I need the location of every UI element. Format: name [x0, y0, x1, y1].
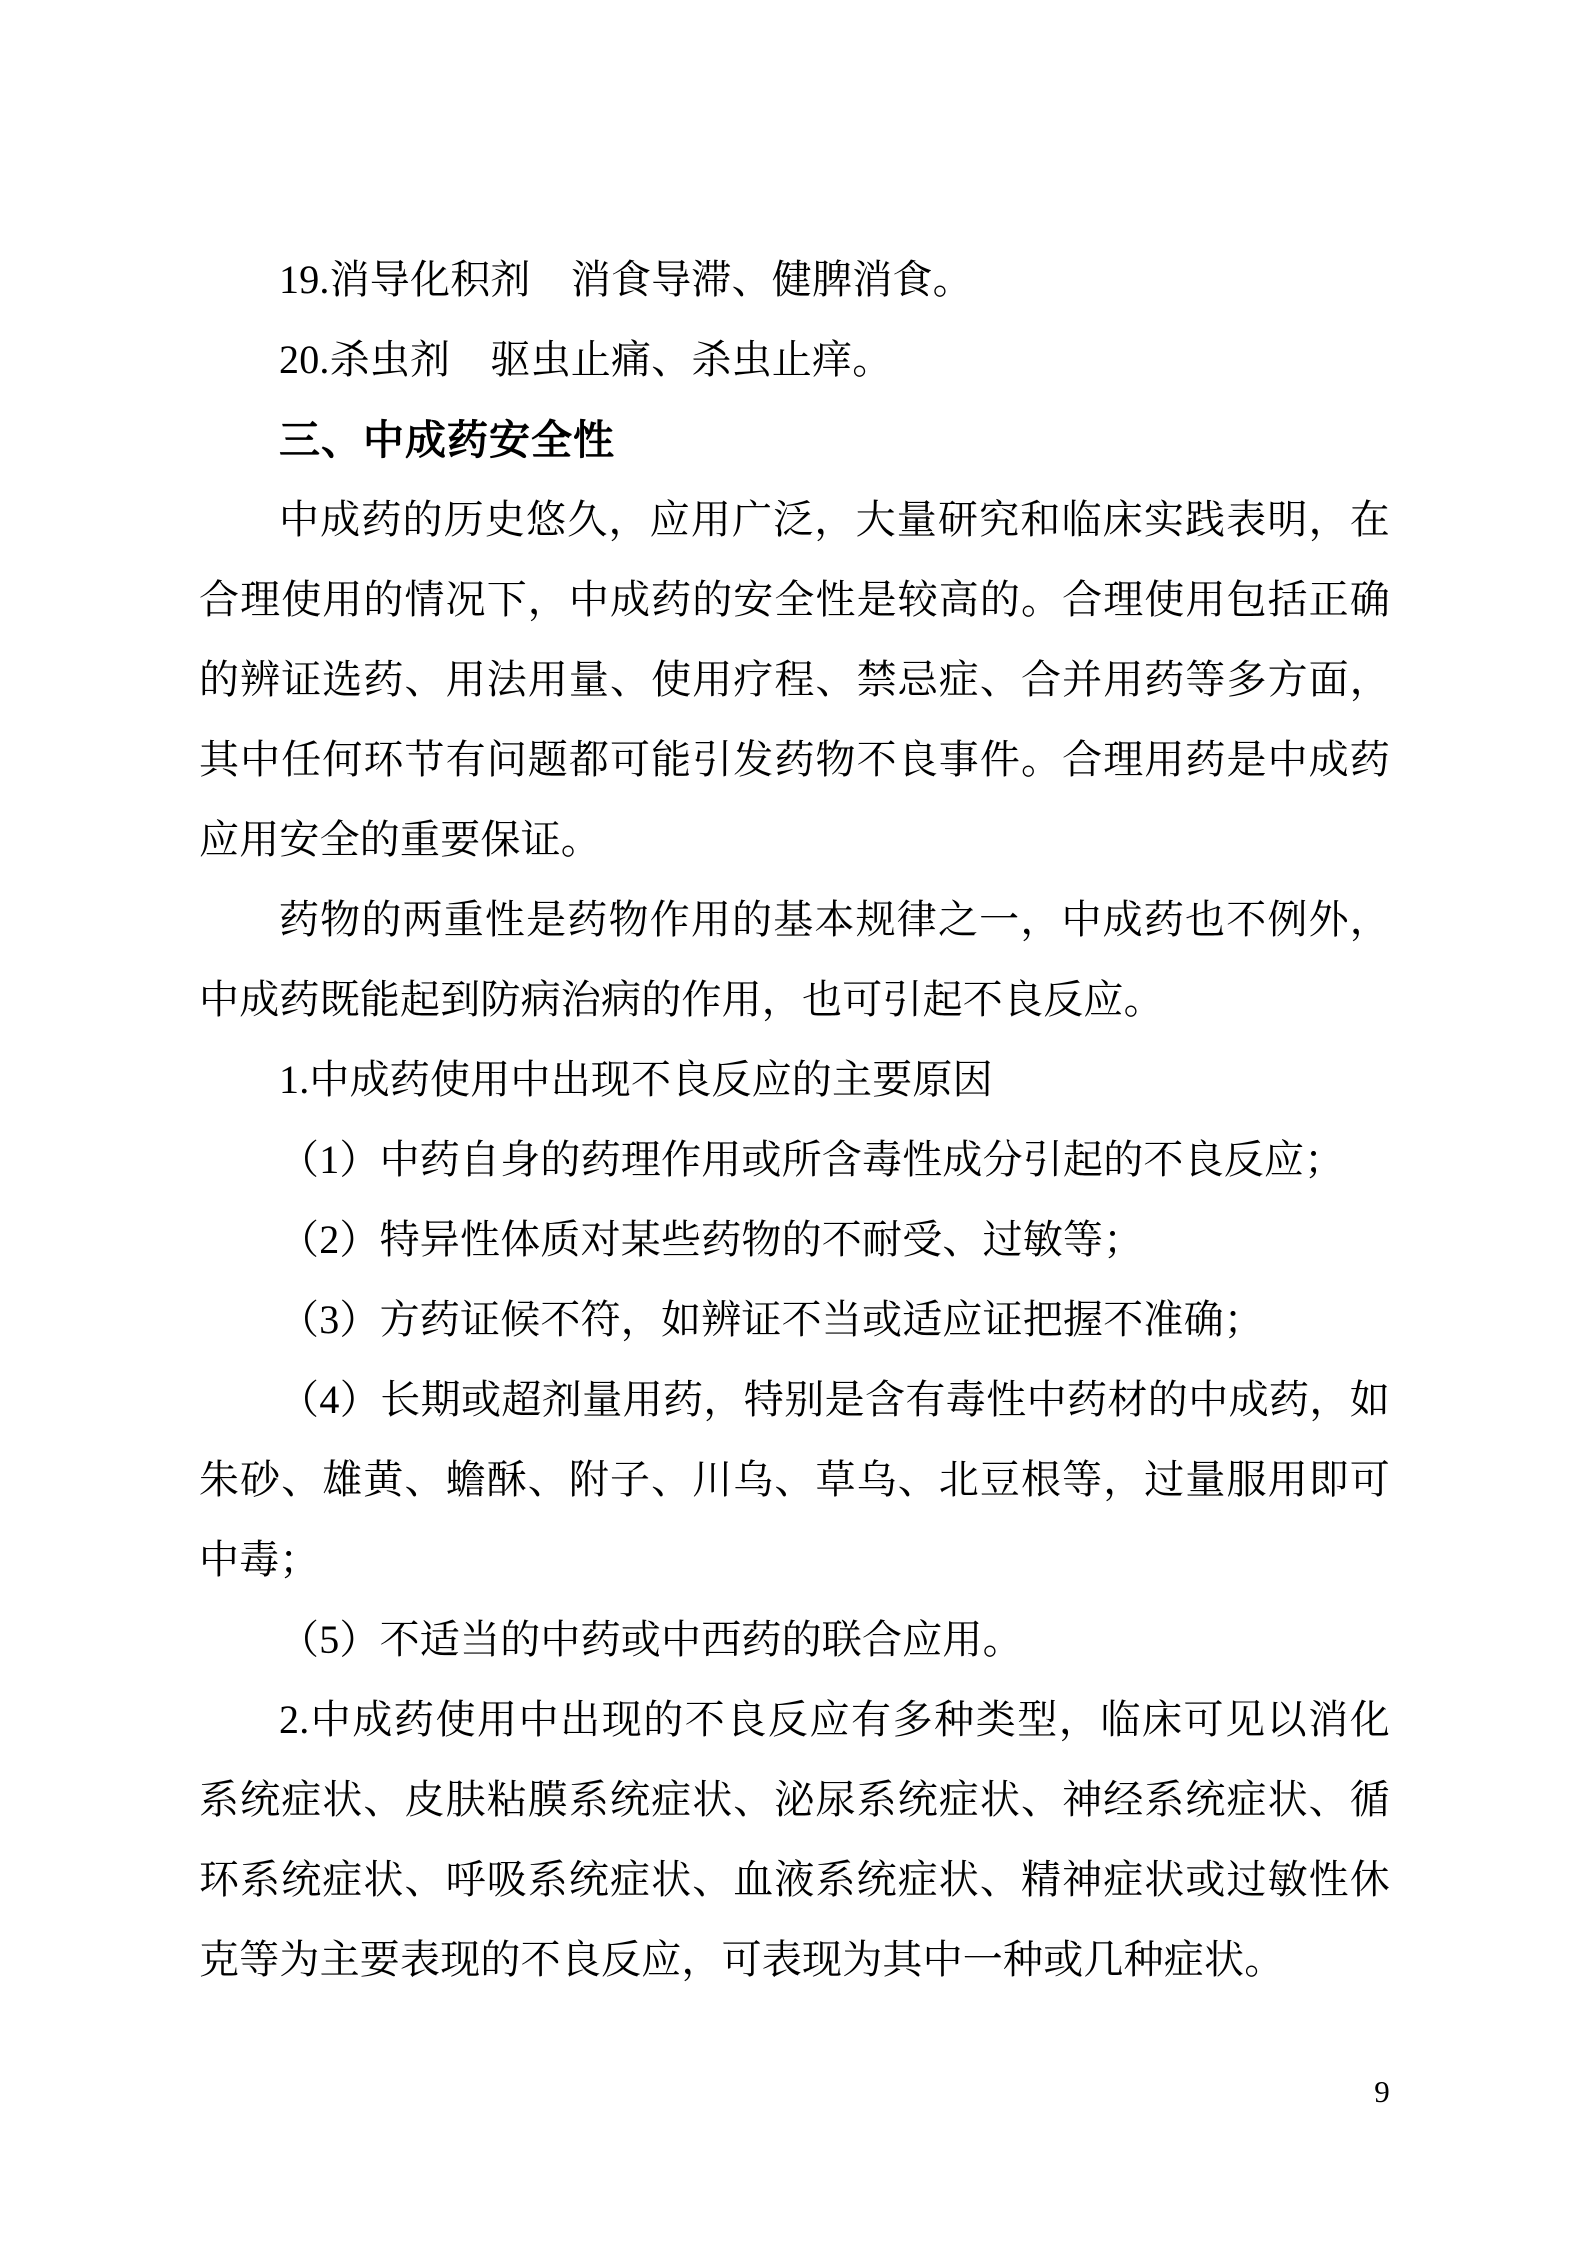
page-number: 9: [1352, 2072, 1412, 2112]
numbered-point-2: 2.中成药使用中出现的不良反应有多种类型，临床可见以消化系统症状、皮肤粘膜系统症…: [199, 1680, 1390, 2000]
text-area: 19.消导化积剂 消食导滞、健脾消食。 20.杀虫剂 驱虫止痛、杀虫止痒。 三、…: [199, 240, 1390, 2000]
sub-point-5: （5）不适当的中药或中西药的联合应用。: [199, 1600, 1390, 1680]
numbered-point-1: 1.中成药使用中出现不良反应的主要原因: [199, 1040, 1390, 1120]
sub-point-4: （4）长期或超剂量用药，特别是含有毒性中药材的中成药，如朱砂、雄黄、蟾酥、附子、…: [199, 1360, 1390, 1600]
document-page: 19.消导化积剂 消食导滞、健脾消食。 20.杀虫剂 驱虫止痛、杀虫止痒。 三、…: [0, 0, 1587, 2245]
list-item-20: 20.杀虫剂 驱虫止痛、杀虫止痒。: [199, 320, 1390, 400]
paragraph-safety-overview: 中成药的历史悠久，应用广泛，大量研究和临床实践表明，在合理使用的情况下，中成药的…: [199, 480, 1390, 880]
sub-point-3: （3）方药证候不符，如辨证不当或适应证把握不准确；: [199, 1280, 1390, 1360]
list-item-19: 19.消导化积剂 消食导滞、健脾消食。: [199, 240, 1390, 320]
paragraph-dual-nature: 药物的两重性是药物作用的基本规律之一，中成药也不例外，中成药既能起到防病治病的作…: [199, 880, 1390, 1040]
sub-point-2: （2）特异性体质对某些药物的不耐受、过敏等；: [199, 1200, 1390, 1280]
section-heading: 三、中成药安全性: [199, 400, 1390, 480]
sub-point-1: （1）中药自身的药理作用或所含毒性成分引起的不良反应；: [199, 1120, 1390, 1200]
